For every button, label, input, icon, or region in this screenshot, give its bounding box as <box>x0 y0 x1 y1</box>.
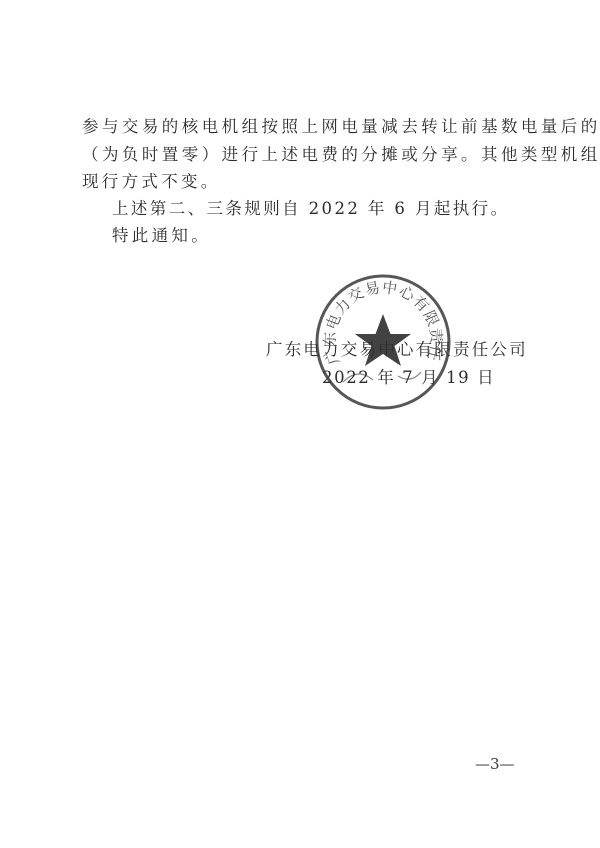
signature-organization: 广东电力交易中心有限责任公司 <box>266 340 528 360</box>
body-paragraph-line: 现行方式不变。 <box>82 172 221 192</box>
body-paragraph-line: （为负时置零）进行上述电费的分摊或分享。其他类型机组维持 <box>82 145 600 165</box>
page-number: —3— <box>475 755 515 773</box>
document-page: 参与交易的核电机组按照上网电量减去转让前基数电量后的数值 （为负时置零）进行上述… <box>0 0 600 848</box>
notice-closing: 特此通知。 <box>112 226 211 246</box>
body-paragraph-line: 参与交易的核电机组按照上网电量减去转让前基数电量后的数值 <box>82 117 600 137</box>
effective-date-paragraph: 上述第二、三条规则自 2022 年 6 月起执行。 <box>112 199 509 219</box>
signature-date: 2022 年 7 月 19 日 <box>322 368 495 388</box>
